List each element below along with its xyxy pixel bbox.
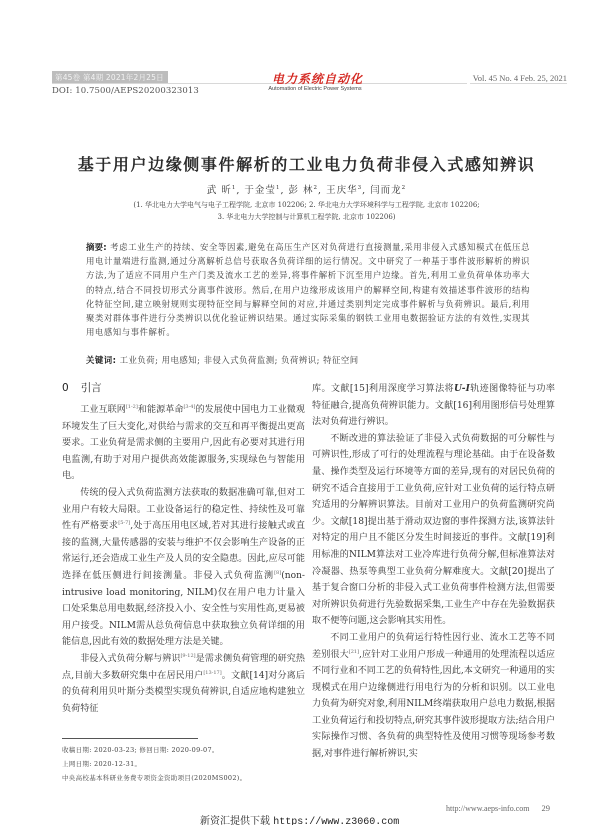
- paragraph: 传统的侵入式负荷监测方法获取的数据准确可靠,但对工业用户有较大局限。工业设备运行…: [62, 485, 305, 651]
- author-affiliation-mark: 1: [232, 185, 237, 191]
- keywords-text: 工业负荷; 用电感知; 非侵入式负荷监测; 负荷辨识; 特征空间: [120, 355, 359, 365]
- affiliations-line-1: (1. 华北电力大学电气与电子工程学院, 北京市 102206; 2. 华北电力…: [0, 200, 613, 210]
- citation[interactable]: [9-12]: [180, 653, 195, 659]
- text: 工业互联网: [80, 405, 126, 415]
- text: 和能源革命: [138, 405, 184, 415]
- paragraph: 不同工业用户的负荷运行特性因行业、流水工艺等不同差别很大[21],应针对工业用户…: [312, 630, 555, 763]
- author: 闫而龙: [370, 185, 402, 196]
- author-affiliation-mark: 1: [276, 185, 281, 191]
- text: 非侵入式负荷分解与辨识: [80, 654, 180, 664]
- watermark-text: 新资汇提供下载: [200, 816, 270, 825]
- watermark-url[interactable]: https://www.z3060.com: [273, 817, 399, 825]
- author-list: 武 昕1, 于金莹1, 彭 林2, 王庆华3, 闫而龙2: [0, 182, 613, 196]
- journal-logo-cn: 电力系统自动化: [272, 70, 362, 87]
- keywords-label: 关键词:: [86, 355, 116, 365]
- author-affiliation-mark: 2: [314, 185, 319, 191]
- page-number: 29: [542, 803, 551, 813]
- author: 王庆华: [326, 185, 358, 196]
- paragraph: 不断改进的算法验证了非侵入式负荷数据的可分解性与可辨识性,形成了可行的处理流程与…: [312, 431, 555, 630]
- section-title: 引言: [81, 382, 102, 394]
- citation[interactable]: [5-7]: [118, 520, 130, 526]
- footnote-received: 收稿日期: 2020-03-23; 修回日期: 2020-09-07。: [62, 745, 219, 754]
- doi: DOI: 10.7500/AEPS20200323013: [52, 86, 199, 96]
- text: ,应针对工业用户形成一种通用的处理流程以适应不同行业和不同工艺的负荷特性,因此,…: [312, 650, 555, 760]
- affiliations-line-2: 3. 华北电力大学控制与计算机工程学院, 北京市 102206): [0, 212, 613, 222]
- author-affiliation-mark: 2: [402, 185, 407, 191]
- text: (non-intrusive load monitoring, NILM)仅在用…: [62, 571, 305, 647]
- section-number: 0: [62, 382, 69, 394]
- footnote-funding: 中央高校基本科研业务费专项资金资助项目(2020MS002)。: [62, 773, 246, 782]
- header-rule-right: [470, 83, 567, 84]
- author: 彭 林: [288, 185, 313, 196]
- text: 库。文献[15]利用深度学习算法将: [312, 384, 454, 394]
- footnote-online: 上网日期: 2020-12-31。: [62, 759, 141, 768]
- paper-title: 基于用户边缘侧事件解析的工业电力负荷非侵入式感知辨识: [0, 152, 613, 175]
- section-heading: 0引言: [62, 380, 102, 395]
- paragraph: 非侵入式负荷分解与辨识[9-12]是需求侧负荷管理的研究热点,目前大多数研究集中…: [62, 651, 305, 717]
- abstract-text: 考虑工业生产的持续、安全等因素,避免在高压生产区对负荷进行直接测量,采用非侵入式…: [86, 242, 530, 337]
- author: 于金莹: [244, 185, 276, 196]
- body-left-column: 工业互联网[1-2]和能源革命[3-4]的发展使中国电力工业微观环境发生了巨大变…: [62, 402, 305, 717]
- keywords: 关键词: 工业负荷; 用电感知; 非侵入式负荷监测; 负荷辨识; 特征空间: [86, 354, 530, 366]
- citation[interactable]: [21]: [349, 648, 359, 654]
- paragraph: 工业互联网[1-2]和能源革命[3-4]的发展使中国电力工业微观环境发生了巨大变…: [62, 402, 305, 485]
- page-footer: http://www.aeps-info.com29: [400, 803, 550, 813]
- journal-logo-en: Automation of Electric Power Systems: [255, 86, 375, 92]
- author: 武 昕: [207, 185, 232, 196]
- math-symbol: U-I: [454, 383, 470, 394]
- header-rule: [52, 83, 467, 84]
- author-affiliation-mark: 3: [358, 185, 363, 191]
- download-watermark: 新资汇提供下载 https://www.z3060.com: [200, 812, 399, 825]
- volume-info: Vol. 45 No. 4 Feb. 25, 2021: [455, 73, 567, 83]
- journal-url[interactable]: http://www.aeps-info.com: [446, 804, 529, 813]
- citation[interactable]: [1-2]: [126, 404, 138, 410]
- paragraph: 库。文献[15]利用深度学习算法将U-I轨迹图像特征与功率特征融合,提高负荷辨识…: [312, 381, 555, 431]
- citation[interactable]: [13-17]: [203, 669, 221, 675]
- abstract-label: 摘要:: [86, 242, 107, 252]
- footnote-rule: [62, 738, 198, 739]
- body-right-column: 库。文献[15]利用深度学习算法将U-I轨迹图像特征与功率特征融合,提高负荷辨识…: [312, 381, 555, 763]
- text: 的发展使中国电力工业微观环境发生了巨大变化,对供给与需求的交互和再平衡提出更高要…: [62, 405, 305, 481]
- abstract: 摘要: 考虑工业生产的持续、安全等因素,避免在高压生产区对负荷进行直接测量,采用…: [86, 240, 530, 339]
- citation[interactable]: [3-4]: [183, 404, 195, 410]
